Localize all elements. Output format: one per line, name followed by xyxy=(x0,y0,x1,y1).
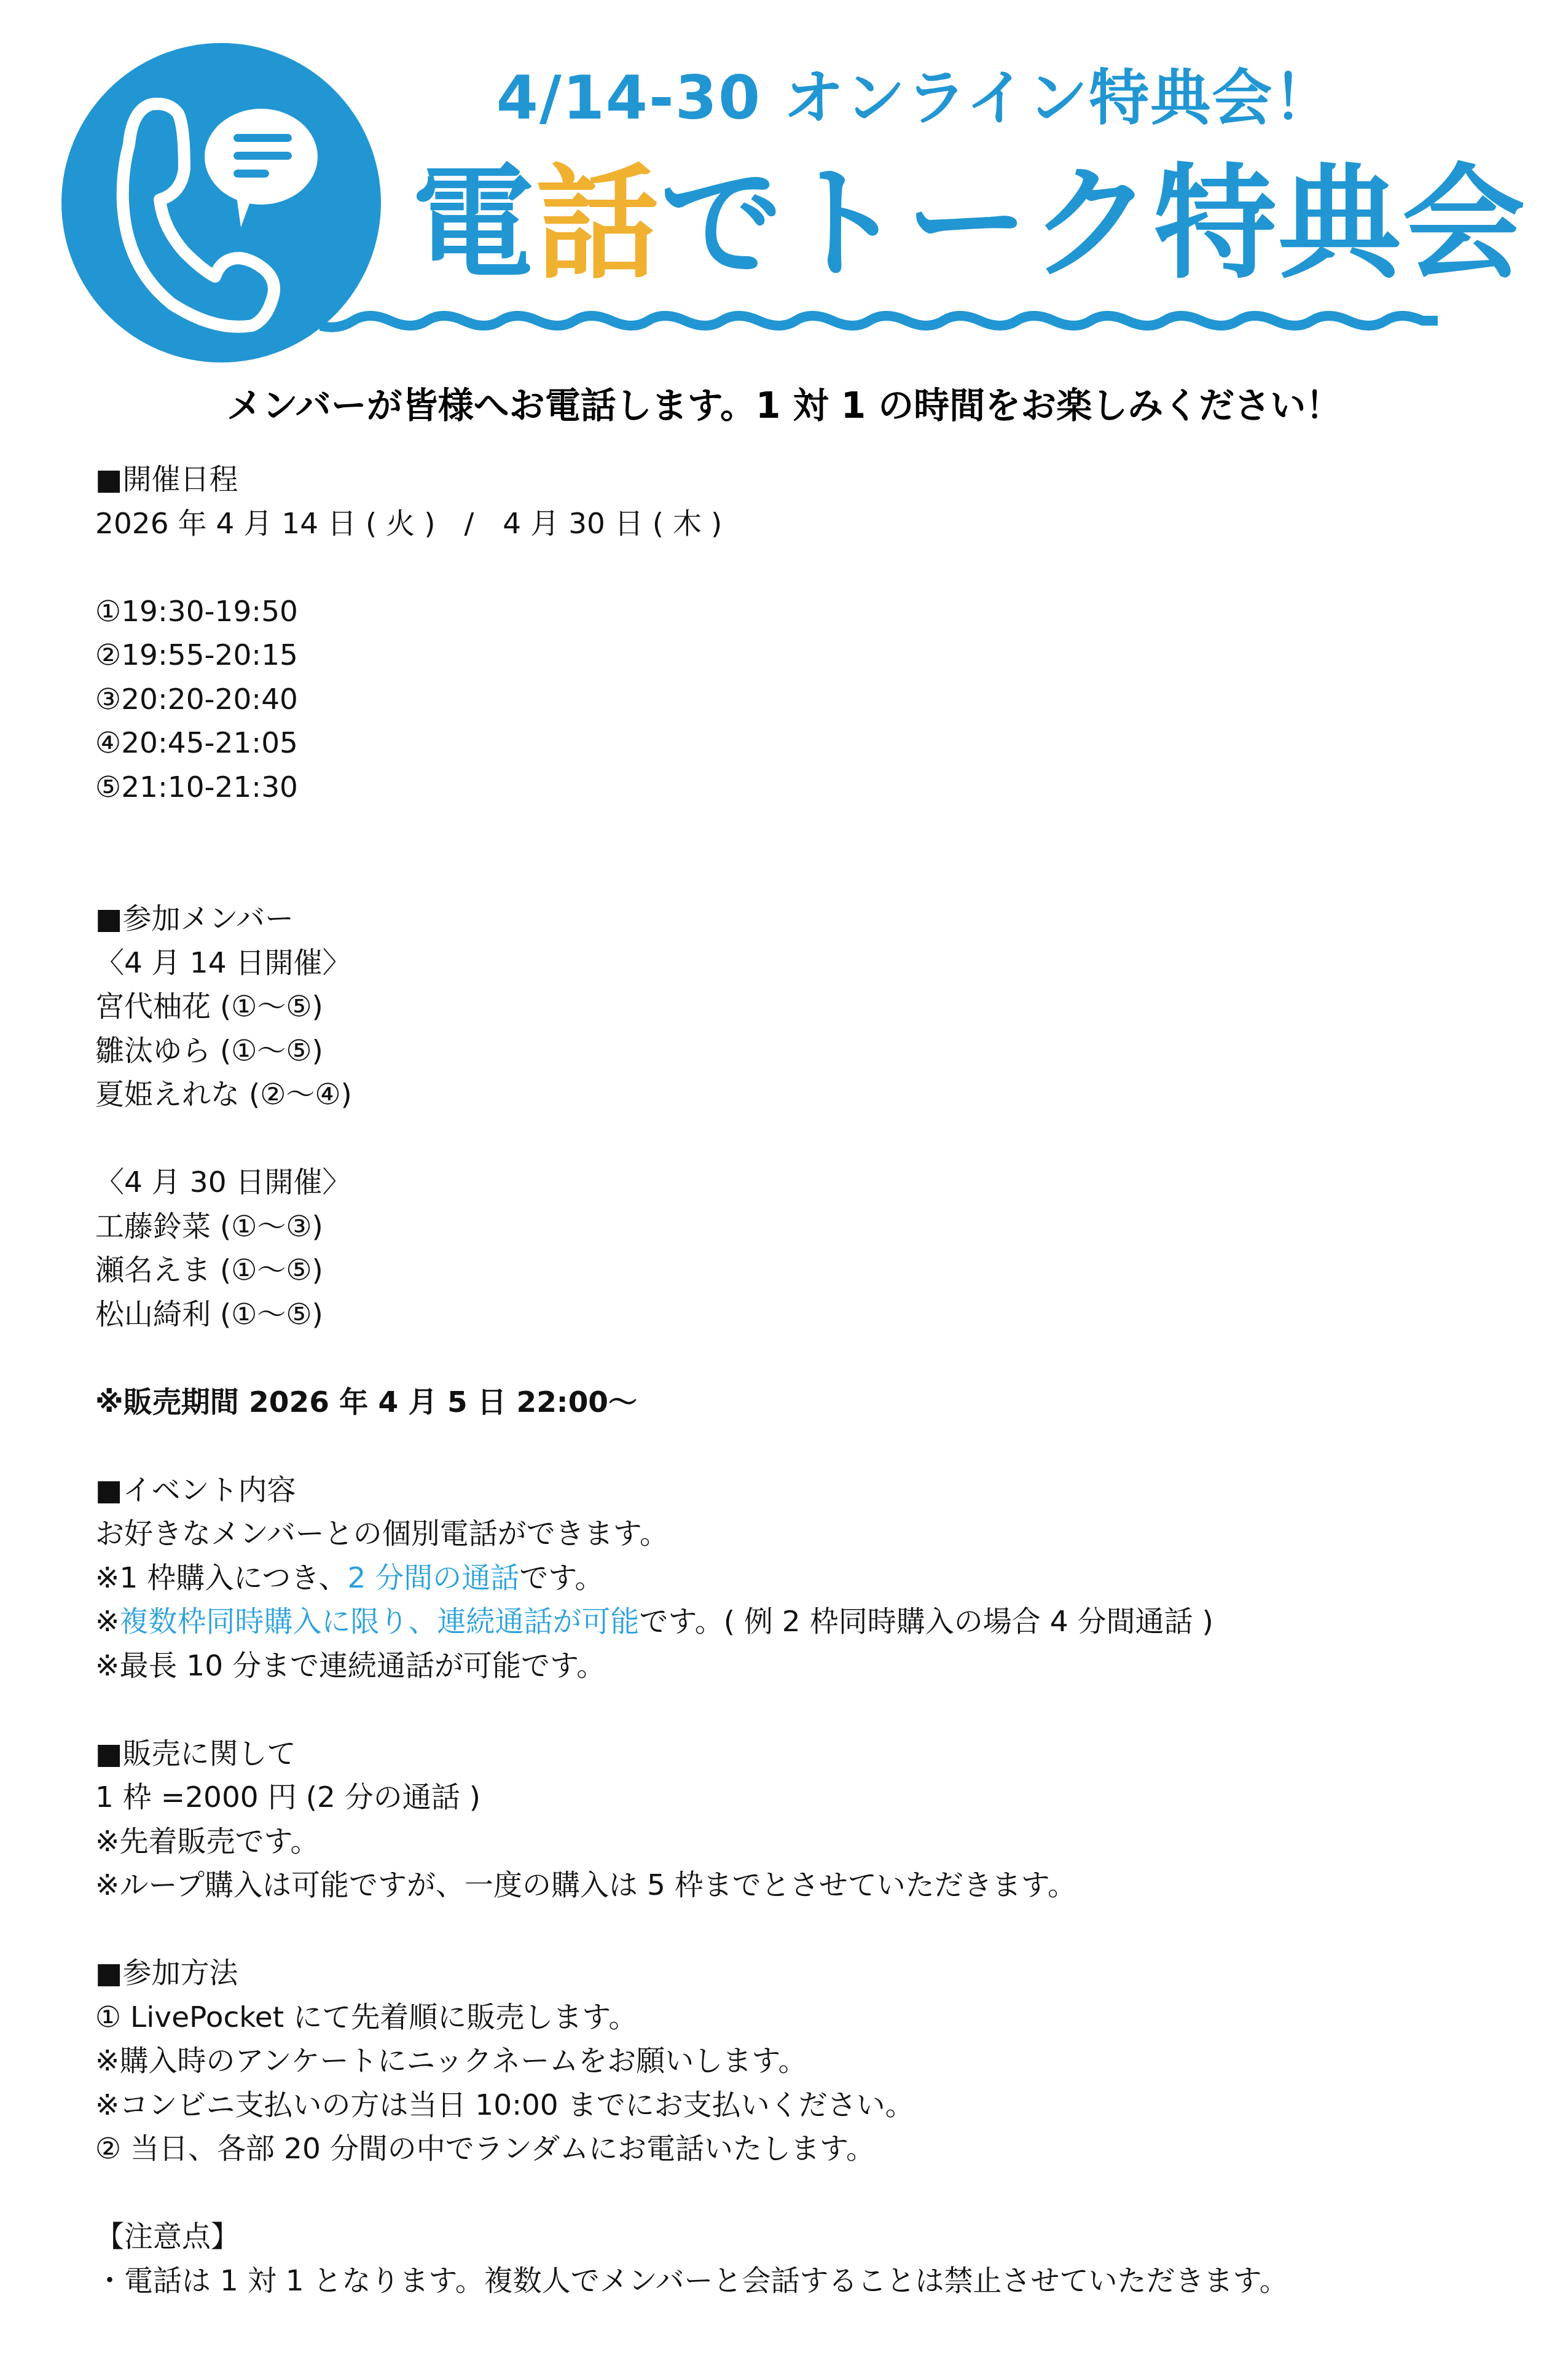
main-title-part2: でトーク特典会 xyxy=(660,152,1526,296)
member-item: 夏姫えれな (②〜④) xyxy=(95,1073,1508,1117)
main-title-accent: 話 xyxy=(536,152,660,296)
event-dates-heading: 4/14-30 オンライン特典会！ xyxy=(467,58,1364,138)
members-day2-label: 〈4 月 30 日開催〉 xyxy=(95,1161,1508,1205)
main-title: 電話でトーク特典会 xyxy=(412,151,1456,298)
schedule-heading: ■開催日程 xyxy=(95,458,1508,502)
highlight-text: 2 分間の通話 xyxy=(347,1561,519,1595)
member-item: 宮代柚花 (①〜⑤) xyxy=(95,985,1508,1029)
notes-heading: 【注意点】 xyxy=(95,2215,1508,2259)
event-content-line: お好きなメンバーとの個別電話ができます。 xyxy=(95,1512,1508,1556)
how-to-join-step: ② 当日、各部 20 分間の中でランダムにお電話いたします。 xyxy=(95,2127,1508,2171)
wave-divider xyxy=(319,295,1444,344)
schedule-dates: 2026 年 4 月 14 日 ( 火 ) / 4 月 30 日 ( 木 ) xyxy=(95,502,1508,546)
body-content: ■開催日程 2026 年 4 月 14 日 ( 火 ) / 4 月 30 日 (… xyxy=(95,458,1508,2303)
event-content-line: ※最長 10 分まで連続通話が可能です。 xyxy=(95,1644,1508,1688)
text-segment: です。 xyxy=(519,1561,603,1595)
main-title-part1: 電 xyxy=(412,152,536,296)
member-item: 工藤鈴菜 (①〜③) xyxy=(95,1205,1508,1249)
subtitle: メンバーが皆様へお電話します。1 対 1 の時間をお楽しみください！ xyxy=(0,381,1568,430)
sales-note: ※先着販売です。 xyxy=(95,1820,1508,1864)
how-to-join-step: ① LivePocket にて先着順に販売します。 xyxy=(95,1996,1508,2040)
notes-item: ・電話は 1 対 1 となります。複数人でメンバーと会話することは禁止させていた… xyxy=(95,2259,1508,2303)
event-content-line: ※複数枠同時購入に限り、連続通話が可能です。( 例 2 枠同時購入の場合 4 分… xyxy=(95,1600,1508,1644)
time-slot: ③20:20-20:40 xyxy=(95,678,1508,722)
header-banner: 4/14-30 オンライン特典会！ 電話でトーク特典会 xyxy=(0,0,1568,369)
event-content-line: ※1 枠購入につき、2 分間の通話です。 xyxy=(95,1556,1508,1600)
text-segment: ※1 枠購入につき、 xyxy=(95,1561,347,1595)
sales-note: ※ループ購入は可能ですが、一度の購入は 5 枠までとさせていただきます。 xyxy=(95,1863,1508,1908)
how-to-join-heading: ■参加方法 xyxy=(95,1951,1508,1996)
members-heading: ■参加メンバー xyxy=(95,897,1508,941)
text-segment: です。( 例 2 枠同時購入の場合 4 分間通話 ) xyxy=(639,1605,1213,1639)
sales-price: 1 枠 =2000 円 (2 分の通話 ) xyxy=(95,1776,1508,1820)
time-slot: ②19:55-20:15 xyxy=(95,633,1508,678)
members-day1-label: 〈4 月 14 日開催〉 xyxy=(95,941,1508,985)
member-item: 瀬名えま (①〜⑤) xyxy=(95,1248,1508,1293)
member-item: 雛汰ゆら (①〜⑤) xyxy=(95,1029,1508,1073)
text-segment: ※ xyxy=(95,1605,119,1639)
time-slot: ⑤21:10-21:30 xyxy=(95,766,1508,810)
time-slot: ④20:45-21:05 xyxy=(95,721,1508,766)
member-item: 松山綺利 (①〜⑤) xyxy=(95,1293,1508,1337)
how-to-join-note: ※コンビニ支払いの方は当日 10:00 までにお支払いください。 xyxy=(95,2083,1508,2128)
how-to-join-note: ※購入時のアンケートにニックネームをお願いします。 xyxy=(95,2039,1508,2083)
time-slot: ①19:30-19:50 xyxy=(95,590,1508,634)
sales-period: ※販売期間 2026 年 4 月 5 日 22:00〜 xyxy=(95,1381,1508,1425)
event-content-heading: ■イベント内容 xyxy=(95,1468,1508,1513)
sales-heading: ■販売に関して xyxy=(95,1732,1508,1776)
highlight-text: 複数枠同時購入に限り、連続通話が可能 xyxy=(119,1605,639,1639)
